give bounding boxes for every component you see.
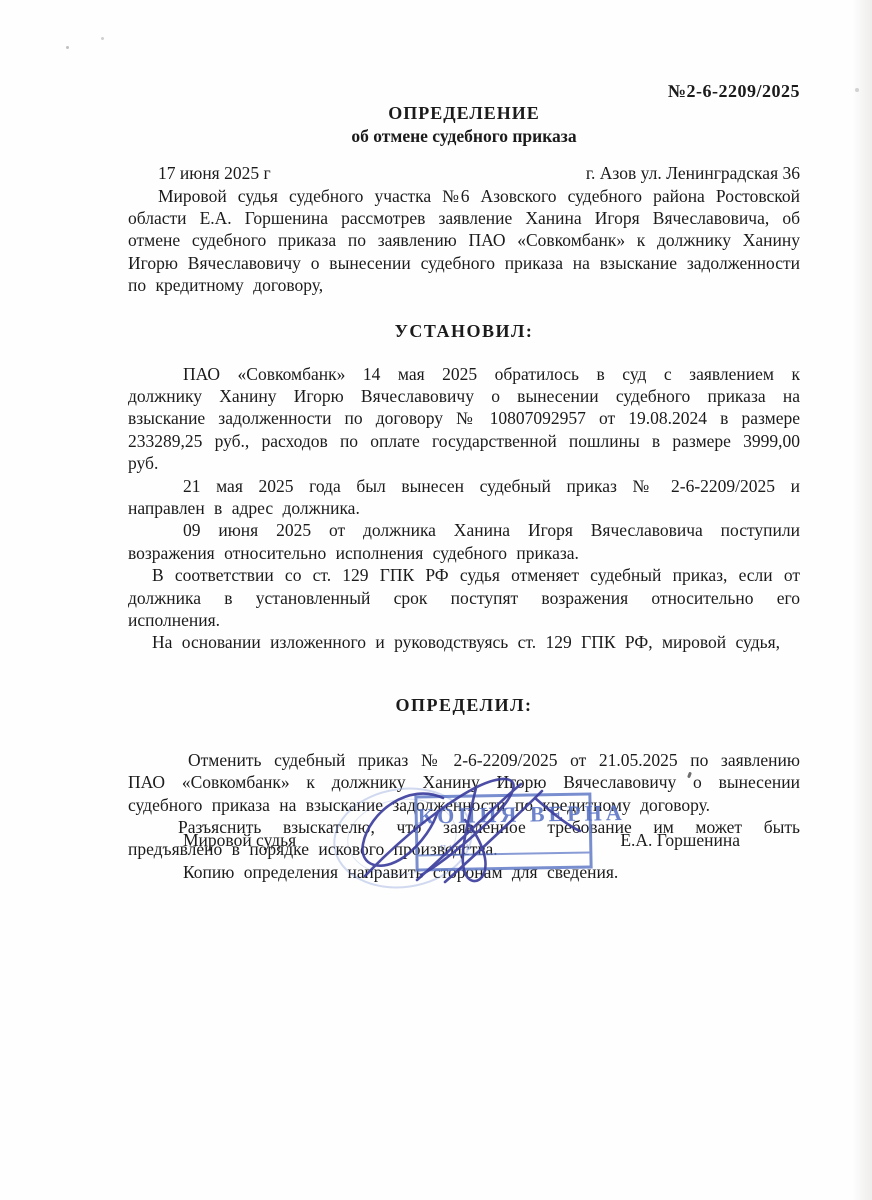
established-paragraph-1: ПАО «Совкомбанк» 14 мая 2025 обратилось …	[128, 363, 800, 475]
document-subtitle: об отмене судебного приказа	[128, 125, 800, 147]
intro-paragraph: Мировой судья судебного участка №6 Азовс…	[128, 185, 800, 297]
judge-role-label: Мировой судья	[183, 829, 296, 852]
established-paragraph-5: На основании изложенного и руководствуяс…	[128, 631, 800, 653]
established-paragraph-3: 09 июня 2025 от должника Ханина Игоря Вя…	[128, 519, 800, 564]
document-date: 17 июня 2025 г	[128, 162, 271, 185]
case-number: №2-6-2209/2025	[128, 80, 800, 102]
judge-signature-icon	[325, 768, 595, 888]
established-paragraph-4: В соответствии со ст. 129 ГПК РФ судья о…	[128, 564, 800, 631]
judge-name: Е.А. Горшенина	[620, 829, 740, 852]
established-paragraph-2: 21 мая 2025 года был вынесен судебный пр…	[128, 475, 800, 520]
document-place: г. Азов ул. Ленинградская 36	[586, 162, 800, 185]
scan-speck	[66, 46, 69, 49]
established-heading: УСТАНОВИЛ:	[128, 320, 800, 342]
document-page: №2-6-2209/2025 ОПРЕДЕЛЕНИЕ об отмене суд…	[0, 0, 872, 1200]
ruled-heading: ОПРЕДЕЛИЛ:	[128, 694, 800, 716]
date-place-row: 17 июня 2025 г г. Азов ул. Ленинградская…	[128, 162, 800, 185]
document-title: ОПРЕДЕЛЕНИЕ	[128, 102, 800, 125]
document-content: №2-6-2209/2025 ОПРЕДЕЛЕНИЕ об отмене суд…	[128, 80, 800, 883]
scan-speck	[101, 37, 104, 40]
scan-speck	[855, 88, 859, 92]
